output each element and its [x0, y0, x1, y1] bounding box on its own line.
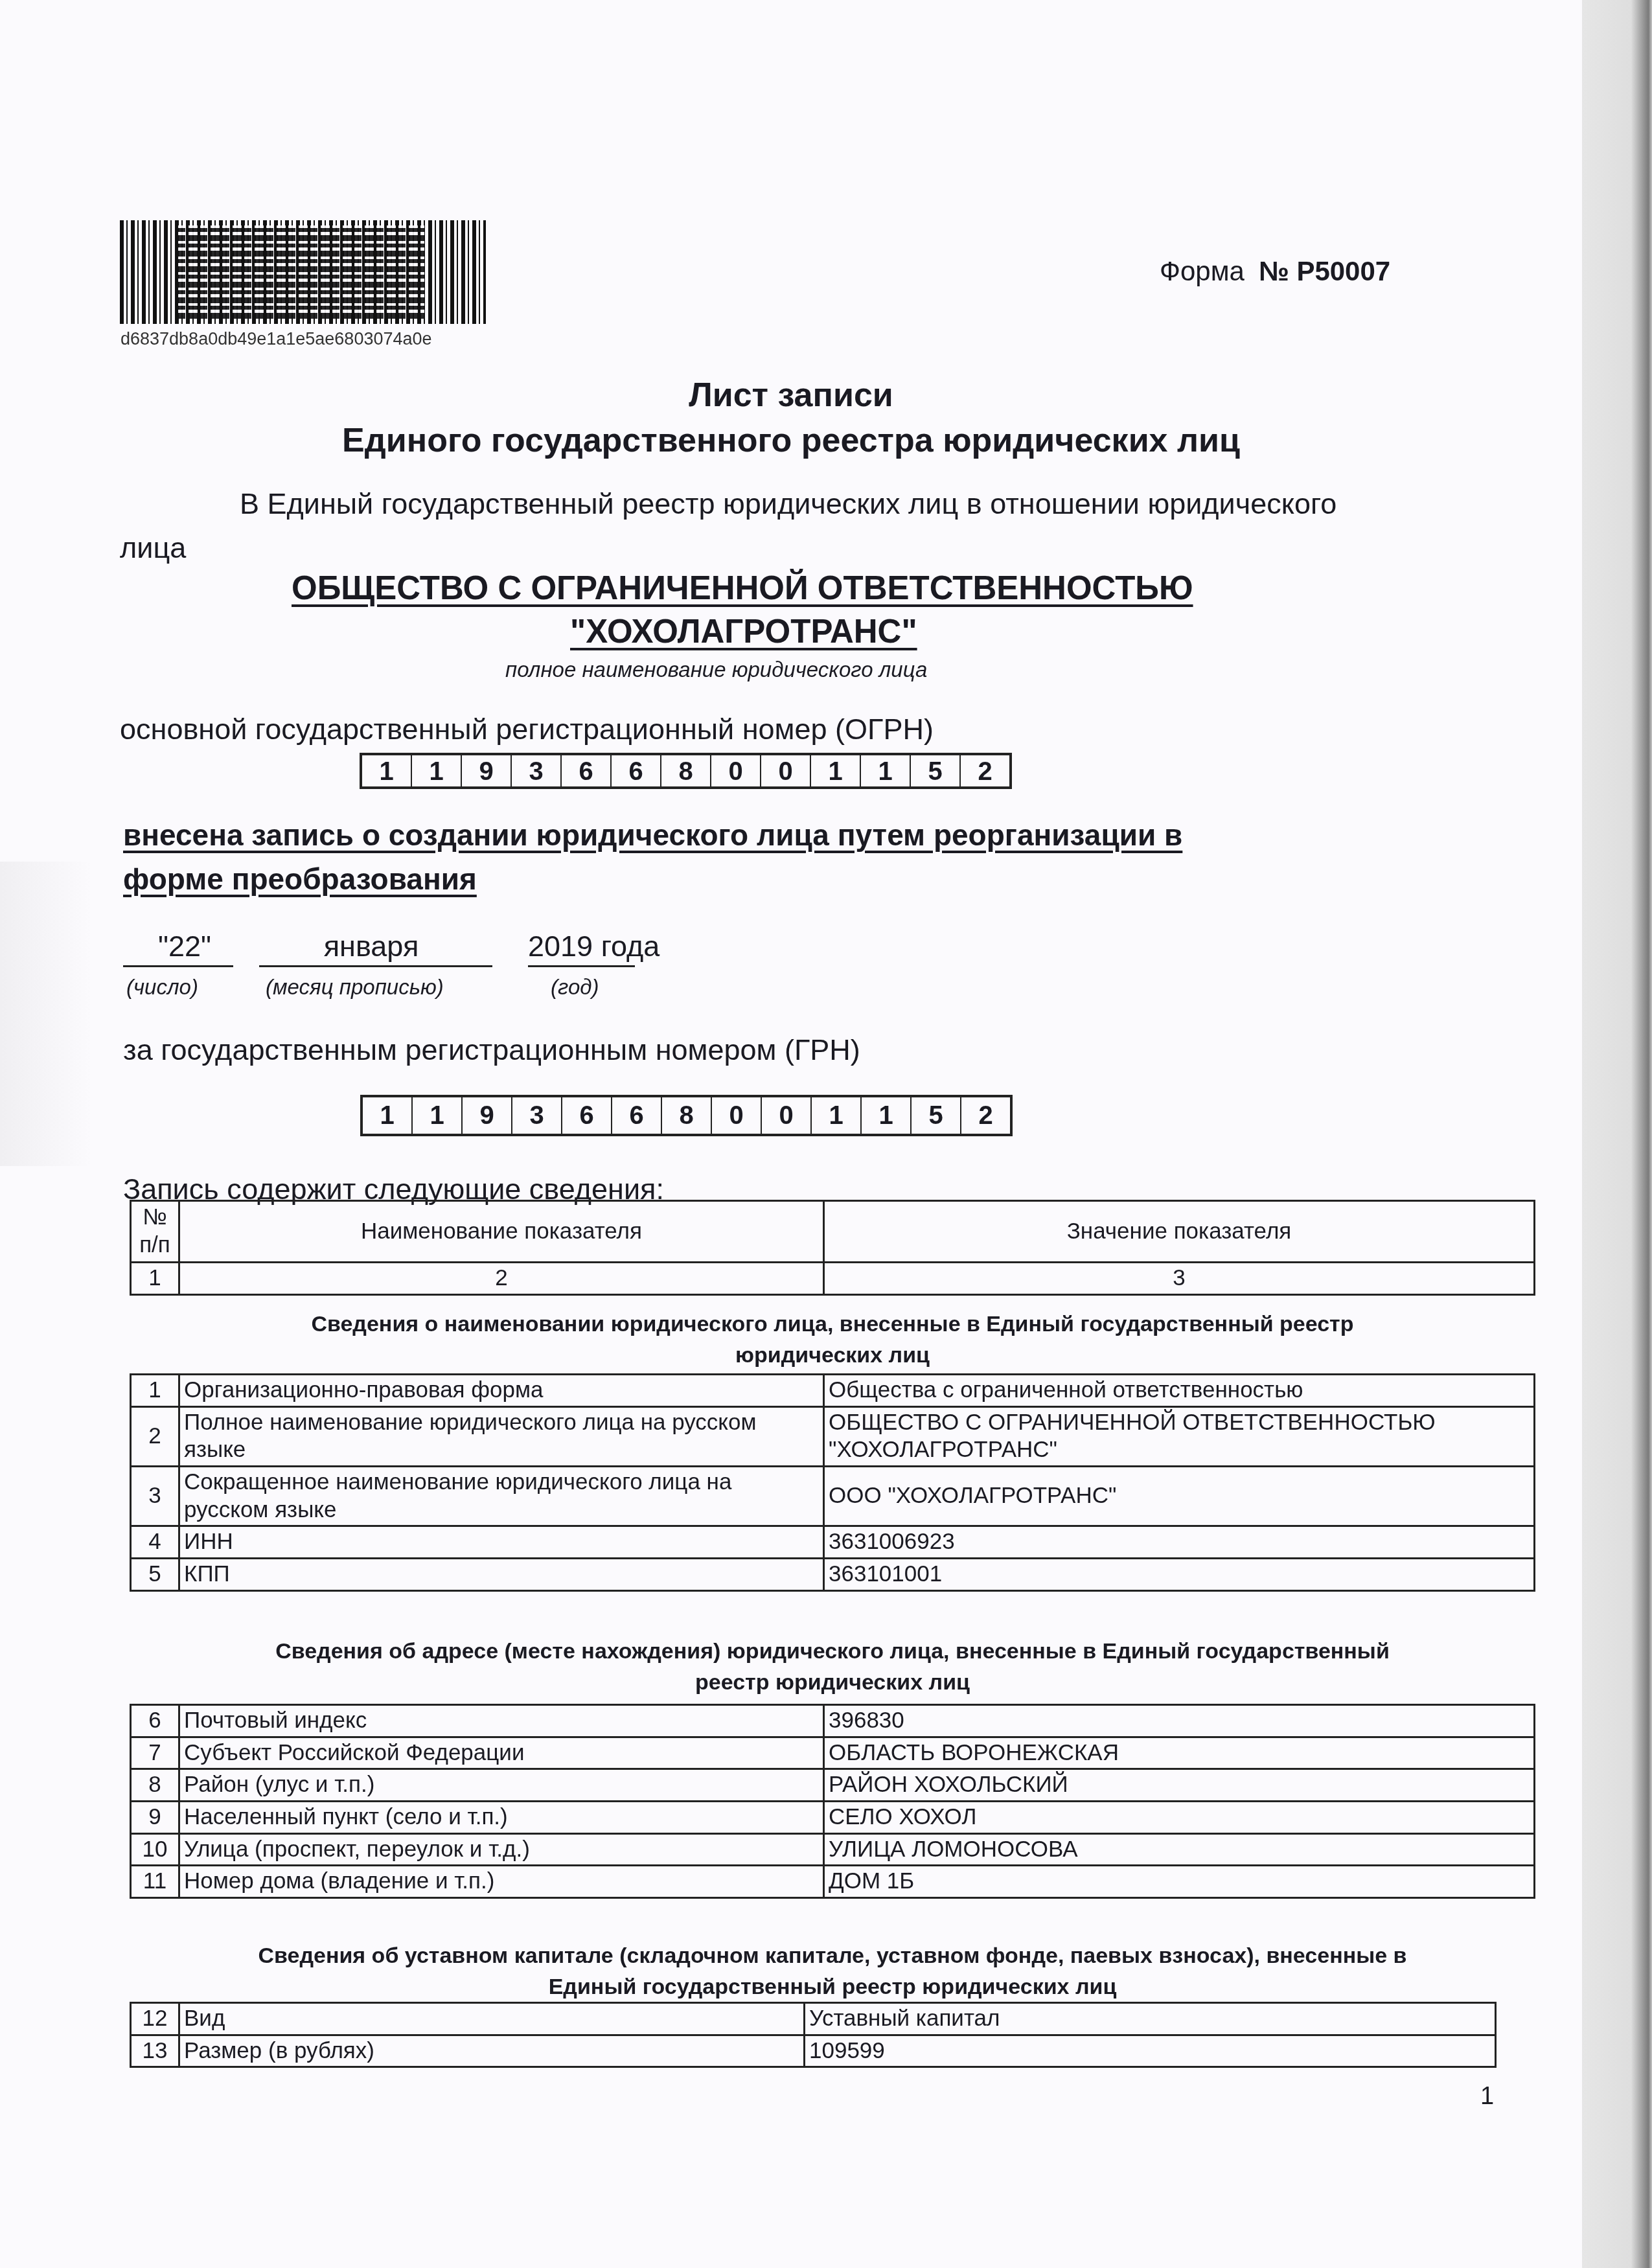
ogrn-digit-box: 1 1 9 3 6 6 8 0 0 1 1 5 2 [360, 753, 1012, 789]
date-month: января [255, 930, 488, 963]
table-row: 8Район (улус и т.п.)РАЙОН ХОХОЛЬСКИЙ [131, 1769, 1535, 1802]
ogrn-label: основной государственный регистрационный… [120, 713, 934, 746]
section-title-capital: Сведения об уставном капитале (складочно… [130, 1940, 1535, 2002]
entry-description: внесена запись о создании юридического л… [123, 818, 1182, 853]
section-title-address: Сведения об адресе (месте нахождения) юр… [130, 1636, 1535, 1698]
ogrn-digit: 1 [412, 755, 462, 786]
grn-digit: 3 [512, 1097, 562, 1134]
grn-digit: 6 [562, 1097, 612, 1134]
grn-digit: 8 [662, 1097, 712, 1134]
col-value-index: 3 [824, 1263, 1535, 1295]
grn-digit-box: 1 1 9 3 6 6 8 0 0 1 1 5 2 [360, 1095, 1013, 1136]
grn-digit: 1 [413, 1097, 463, 1134]
form-label: Форма [1160, 256, 1245, 286]
grn-digit: 0 [762, 1097, 812, 1134]
col-value-header: Значение показателя [824, 1201, 1535, 1263]
table-row: 5КПП363101001 [131, 1559, 1535, 1591]
grn-label: за государственным регистрационным номер… [123, 1033, 860, 1067]
intro-text: В Единый государственный реестр юридичес… [240, 487, 1337, 521]
org-name-caption: полное наименование юридического лица [505, 658, 927, 682]
ogrn-digit: 3 [512, 755, 562, 786]
form-number: Форма№ Р50007 [1160, 256, 1390, 287]
ogrn-digit: 2 [961, 755, 1009, 786]
table-row: 3Сокращенное наименование юридического л… [131, 1467, 1535, 1526]
page-title: Лист записи [0, 376, 1582, 415]
day-caption: (число) [126, 975, 198, 1000]
entry-description-cont: форме преобразования [123, 862, 477, 897]
document-page: d6837db8a0db49e1a1e5ae6803074a0e Форма№ … [0, 0, 1582, 2268]
table-row: 6Почтовый индекс396830 [131, 1705, 1535, 1737]
ogrn-digit: 6 [612, 755, 661, 786]
col-num-header: №п/п [131, 1201, 179, 1263]
ogrn-digit: 9 [462, 755, 512, 786]
grn-digit: 0 [712, 1097, 762, 1134]
barcode-id: d6837db8a0db49e1a1e5ae6803074a0e [120, 329, 432, 349]
table-row: 12ВидУставный капитал [131, 2003, 1496, 2035]
date-year-suffix: года [601, 930, 660, 963]
ogrn-digit: 6 [562, 755, 612, 786]
org-full-name: ОБЩЕСТВО С ОГРАНИЧЕННОЙ ОТВЕТСТВЕННОСТЬЮ [292, 569, 1193, 607]
grn-digit: 2 [961, 1097, 1010, 1134]
date-day: "22" [136, 930, 233, 963]
page-subtitle: Единого государственного реестра юридиче… [0, 421, 1582, 460]
month-caption: (месяц прописью) [266, 975, 444, 1000]
table-row: 10Улица (проспект, переулок и т.д.)УЛИЦА… [131, 1833, 1535, 1866]
grn-digit: 1 [862, 1097, 912, 1134]
month-underline [259, 965, 492, 967]
section-title-name: Сведения о наименовании юридического лиц… [130, 1309, 1535, 1371]
ogrn-digit: 5 [911, 755, 961, 786]
scan-edge [1582, 0, 1652, 2268]
year-caption: (год) [551, 975, 599, 1000]
table-row: 11Номер дома (владение и т.п.)ДОМ 1Б [131, 1866, 1535, 1898]
section-capital-table: 12ВидУставный капитал 13Размер (в рублях… [130, 2002, 1497, 2068]
section-name-table: 1Организационно-правовая формаОбщества с… [130, 1373, 1535, 1592]
ogrn-digit: 8 [661, 755, 711, 786]
grn-digit: 1 [363, 1097, 413, 1134]
table-row: 13Размер (в рублях)109599 [131, 2035, 1496, 2067]
grn-digit: 1 [812, 1097, 862, 1134]
table-row: 9Населенный пункт (село и т.п.)СЕЛО ХОХО… [131, 1802, 1535, 1834]
table-row: 4ИНН3631006923 [131, 1526, 1535, 1559]
table-row: 2Полное наименование юридического лица н… [131, 1406, 1535, 1466]
table-row: 7Субъект Российской ФедерацииОБЛАСТЬ ВОР… [131, 1737, 1535, 1769]
grn-digit: 9 [463, 1097, 512, 1134]
ogrn-digit: 0 [711, 755, 761, 786]
ogrn-digit: 1 [362, 755, 412, 786]
col-num-index: 1 [131, 1263, 179, 1295]
2d-barcode [120, 220, 486, 324]
org-full-name-cont: "ХОХОЛАГРОТРАНС" [570, 612, 917, 650]
col-name-index: 2 [179, 1263, 824, 1295]
day-underline [123, 965, 233, 967]
record-header-table: №п/п Наименование показателя Значение по… [130, 1200, 1535, 1296]
col-name-header: Наименование показателя [179, 1201, 824, 1263]
grn-digit: 5 [912, 1097, 961, 1134]
form-code: № Р50007 [1259, 256, 1390, 286]
page-number: 1 [1480, 2083, 1494, 2111]
date-year: 2019 [528, 930, 593, 963]
year-underline [528, 965, 635, 967]
ogrn-digit: 0 [761, 755, 811, 786]
intro-text-cont: лица [120, 531, 186, 565]
section-address-table: 6Почтовый индекс396830 7Субъект Российск… [130, 1704, 1535, 1899]
grn-digit: 6 [612, 1097, 662, 1134]
date-year-group: 2019 года [528, 930, 660, 963]
ogrn-digit: 1 [811, 755, 861, 786]
paper-fold-shadow [0, 862, 91, 1166]
table-row: 1Организационно-правовая формаОбщества с… [131, 1375, 1535, 1407]
ogrn-digit: 1 [861, 755, 911, 786]
